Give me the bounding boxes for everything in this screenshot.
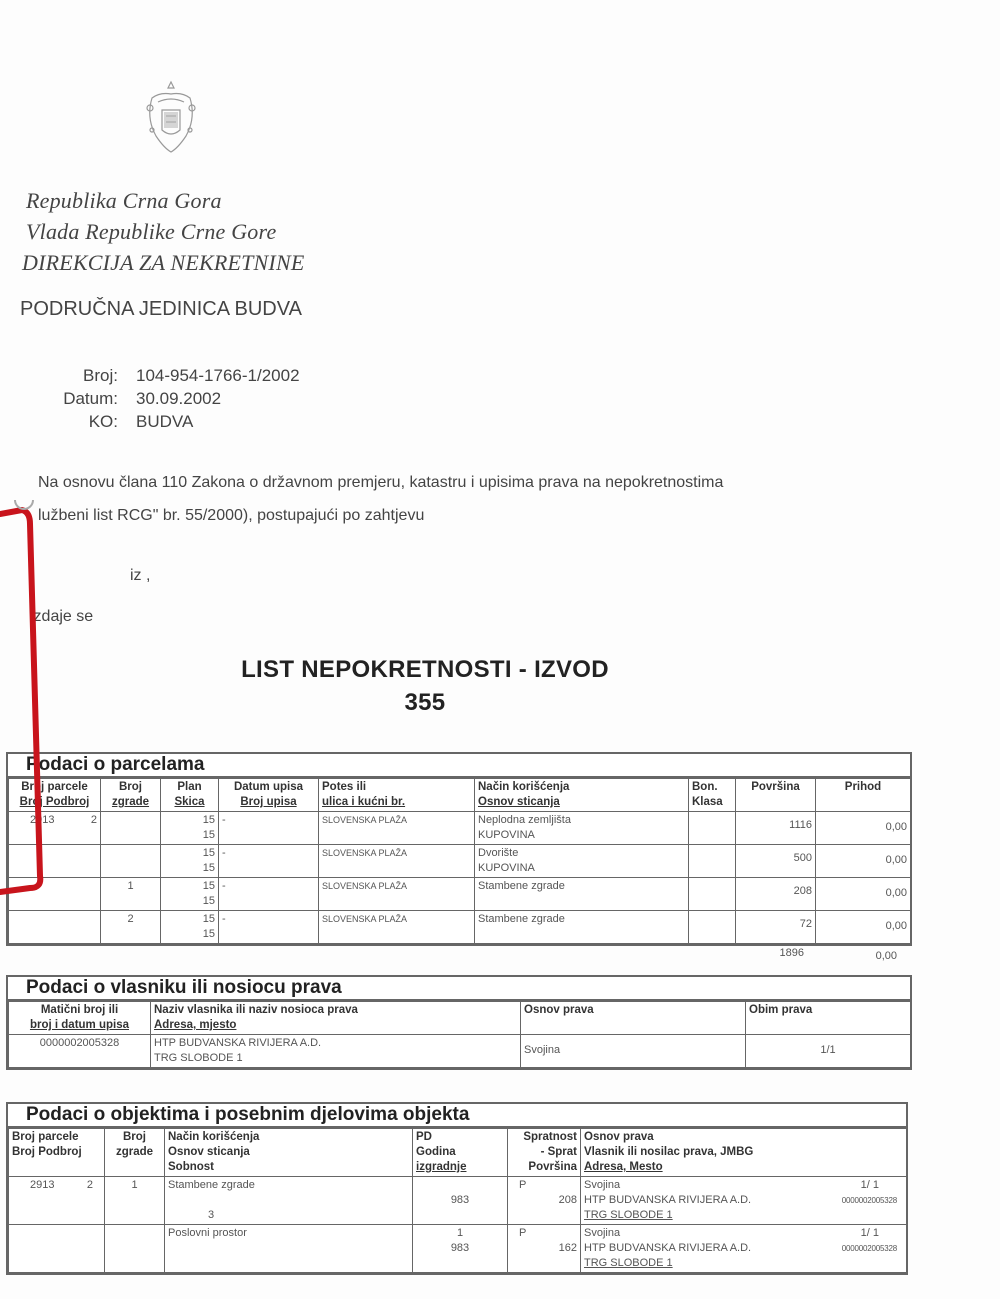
area: 208 bbox=[736, 878, 816, 911]
document-number: 355 bbox=[0, 689, 850, 717]
area: 500 bbox=[736, 845, 816, 878]
owners-section: Podaci o vlasniku ili nosiocu prava Mati… bbox=[6, 975, 912, 1070]
obj-parcel-number bbox=[9, 1225, 105, 1273]
table-row: 1515-SLOVENSKA PLAŽADvorišteKUPOVINA5000… bbox=[9, 845, 911, 878]
col-obj-broj-parcele: Broj parceleBroj Podbroj bbox=[9, 1129, 105, 1177]
col-obj-pd: PDGodinaizgradnje bbox=[413, 1129, 508, 1177]
area: 1116 bbox=[736, 812, 816, 845]
owner-name-address: HTP BUDVANSKA RIVIJERA A.D.TRG SLOBODE 1 bbox=[151, 1035, 521, 1068]
obj-owner: Svojina1/ 1HTP BUDVANSKA RIVIJERA A.D.00… bbox=[581, 1225, 907, 1273]
usage-basis: Neplodna zemljištaKUPOVINA bbox=[475, 812, 689, 845]
building-number: 2 bbox=[101, 911, 161, 944]
parcels-total-income: 0,00 bbox=[840, 950, 897, 962]
entry-date: - bbox=[219, 911, 319, 944]
col-potes: Potes iliulica i kućni br. bbox=[319, 779, 475, 812]
building-number: 1 bbox=[101, 878, 161, 911]
objects-header-row: Broj parceleBroj Podbroj Brojzgrade Nači… bbox=[9, 1129, 907, 1177]
issued-text: izdaje se bbox=[30, 608, 93, 626]
owner-basis: Svojina bbox=[521, 1035, 746, 1068]
objects-title: Podaci o objektima i posebnim djelovima … bbox=[8, 1104, 906, 1128]
header-government: Vlada Republike Crne Gore bbox=[26, 219, 276, 245]
income: 0,00 bbox=[816, 812, 911, 845]
legal-basis-line1: Na osnovu člana 110 Zakona o državnom pr… bbox=[38, 474, 723, 492]
obj-building-number bbox=[105, 1225, 165, 1273]
soil-class bbox=[689, 878, 736, 911]
col-bon-klasa: Bon.Klasa bbox=[689, 779, 736, 812]
table-row: 0000002005328 HTP BUDVANSKA RIVIJERA A.D… bbox=[9, 1035, 911, 1068]
table-row: 21515-SLOVENSKA PLAŽAStambene zgrade720,… bbox=[9, 911, 911, 944]
broj-value: 104-954-1766-1/2002 bbox=[136, 366, 300, 386]
header-directorate: DIREKCIJA ZA NEKRETNINE bbox=[22, 250, 304, 276]
soil-class bbox=[689, 845, 736, 878]
entry-date: - bbox=[219, 845, 319, 878]
parcel-number bbox=[9, 911, 101, 944]
broj-label: Broj: bbox=[0, 366, 118, 386]
obj-parcel-number: 29132 bbox=[9, 1177, 105, 1225]
col-prihod: Prihod bbox=[816, 779, 911, 812]
objects-section: Podaci o objektima i posebnim djelovima … bbox=[6, 1102, 908, 1275]
legal-basis-line2: lužbeni list RCG" br. 55/2000), postupaj… bbox=[38, 507, 424, 525]
ko-value: BUDVA bbox=[136, 412, 193, 432]
usage-basis: Stambene zgrade bbox=[475, 911, 689, 944]
parcel-number bbox=[9, 878, 101, 911]
plan-sketch: 1515 bbox=[161, 878, 219, 911]
parcels-header-row: Broj parceleBroj Podbroj Brojzgrade Plan… bbox=[9, 779, 911, 812]
coat-of-arms-icon bbox=[138, 78, 204, 156]
requester-from: iz , bbox=[130, 567, 150, 585]
building-number bbox=[101, 812, 161, 845]
usage-basis: DvorišteKUPOVINA bbox=[475, 845, 689, 878]
col-osnov-prava: Osnov prava bbox=[521, 1002, 746, 1035]
col-broj-parcele: Broj parceleBroj Podbroj bbox=[9, 779, 101, 812]
owners-table: Matični broj ilibroj i datum upisa Naziv… bbox=[8, 1001, 911, 1068]
obj-usage: Stambene zgrade3 bbox=[165, 1177, 413, 1225]
col-obj-osnov: Osnov pravaVlasnik ili nosilac prava, JM… bbox=[581, 1129, 907, 1177]
area: 72 bbox=[736, 911, 816, 944]
table-row: 11515-SLOVENSKA PLAŽAStambene zgrade2080… bbox=[9, 878, 911, 911]
income: 0,00 bbox=[816, 911, 911, 944]
col-datum-upisa: Datum upisaBroj upisa bbox=[219, 779, 319, 812]
table-row: 291321515-SLOVENSKA PLAŽANeplodna zemlji… bbox=[9, 812, 911, 845]
building-number bbox=[101, 845, 161, 878]
col-nacin-koriscenja: Način korišćenjaOsnov sticanja bbox=[475, 779, 689, 812]
parcel-number bbox=[9, 845, 101, 878]
col-obim-prava: Obim prava bbox=[746, 1002, 911, 1035]
entry-date: - bbox=[219, 878, 319, 911]
meta-broj: Broj: 104-954-1766-1/2002 bbox=[0, 366, 400, 388]
objects-table: Broj parceleBroj Podbroj Brojzgrade Nači… bbox=[8, 1128, 907, 1273]
meta-datum: Datum: 30.09.2002 bbox=[0, 389, 400, 411]
owner-share: 1/1 bbox=[746, 1035, 911, 1068]
document-title: LIST NEPOKRETNOSTI - IZVOD bbox=[0, 656, 850, 684]
table-row: 291321Stambene zgrade3983P208Svojina1/ 1… bbox=[9, 1177, 907, 1225]
col-obj-broj-zgrade: Brojzgrade bbox=[105, 1129, 165, 1177]
meta-ko: KO: BUDVA bbox=[0, 412, 400, 434]
plan-sketch: 1515 bbox=[161, 911, 219, 944]
parcels-section: Podaci o parcelama Broj parceleBroj Podb… bbox=[6, 752, 912, 946]
income: 0,00 bbox=[816, 878, 911, 911]
col-obj-nacin: Način korišćenjaOsnov sticanjaSobnost bbox=[165, 1129, 413, 1177]
owners-header-row: Matični broj ilibroj i datum upisa Naziv… bbox=[9, 1002, 911, 1035]
soil-class bbox=[689, 812, 736, 845]
plan-sketch: 1515 bbox=[161, 812, 219, 845]
datum-label: Datum: bbox=[0, 389, 118, 409]
parcel-number: 29132 bbox=[9, 812, 101, 845]
office-name: PODRUČNA JEDINICA BUDVA bbox=[20, 298, 302, 321]
parcels-total-area: 1896 bbox=[770, 947, 804, 959]
owners-title: Podaci o vlasniku ili nosiocu prava bbox=[8, 977, 910, 1001]
entry-date: - bbox=[219, 812, 319, 845]
income: 0,00 bbox=[816, 845, 911, 878]
location: SLOVENSKA PLAŽA bbox=[319, 911, 475, 944]
plan-sketch: 1515 bbox=[161, 845, 219, 878]
obj-pd-year: 1983 bbox=[413, 1225, 508, 1273]
owner-id: 0000002005328 bbox=[9, 1035, 151, 1068]
obj-pd-year: 983 bbox=[413, 1177, 508, 1225]
col-povrsina: Površina bbox=[736, 779, 816, 812]
location: SLOVENSKA PLAŽA bbox=[319, 845, 475, 878]
location: SLOVENSKA PLAŽA bbox=[319, 878, 475, 911]
datum-value: 30.09.2002 bbox=[136, 389, 221, 409]
obj-usage: Poslovni prostor bbox=[165, 1225, 413, 1273]
obj-floor-area: P162 bbox=[508, 1225, 581, 1273]
obj-building-number: 1 bbox=[105, 1177, 165, 1225]
col-plan-skica: PlanSkica bbox=[161, 779, 219, 812]
soil-class bbox=[689, 911, 736, 944]
parcels-table: Broj parceleBroj Podbroj Brojzgrade Plan… bbox=[8, 778, 911, 944]
col-obj-spratnost: Spratnost- SpratPovršina bbox=[508, 1129, 581, 1177]
col-broj-zgrade: Brojzgrade bbox=[101, 779, 161, 812]
table-row: Poslovni prostor1983P162Svojina1/ 1HTP B… bbox=[9, 1225, 907, 1273]
location: SLOVENSKA PLAŽA bbox=[319, 812, 475, 845]
ko-label: KO: bbox=[0, 412, 118, 432]
parcels-title: Podaci o parcelama bbox=[8, 754, 910, 778]
obj-floor-area: P208 bbox=[508, 1177, 581, 1225]
col-maticni-broj: Matični broj ilibroj i datum upisa bbox=[9, 1002, 151, 1035]
usage-basis: Stambene zgrade bbox=[475, 878, 689, 911]
obj-owner: Svojina1/ 1HTP BUDVANSKA RIVIJERA A.D.00… bbox=[581, 1177, 907, 1225]
header-republic: Republika Crna Gora bbox=[26, 188, 222, 214]
col-naziv-vlasnika: Naziv vlasnika ili naziv nosioca pravaAd… bbox=[151, 1002, 521, 1035]
